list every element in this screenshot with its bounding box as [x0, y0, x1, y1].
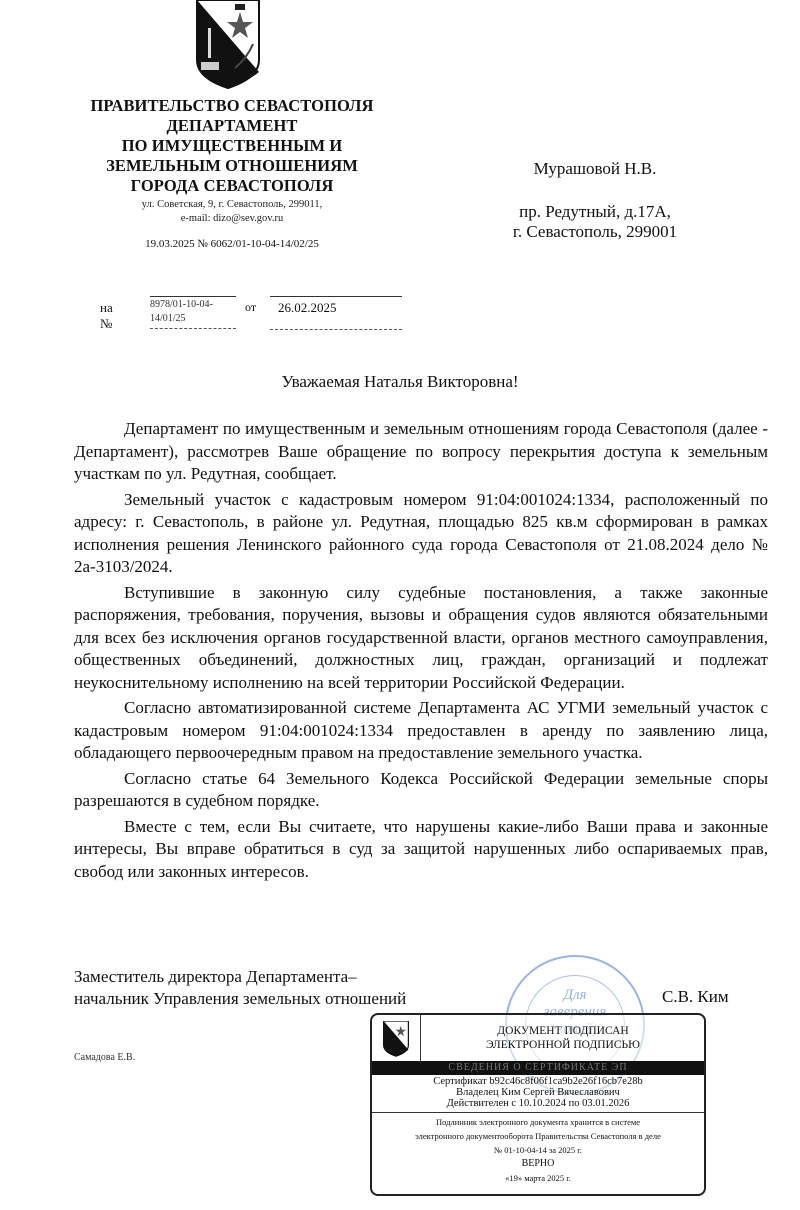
- org-title-line: ПО ИМУЩЕСТВЕННЫМ И: [62, 136, 402, 156]
- body-paragraph: Вступившие в законную силу судебные пост…: [74, 582, 768, 695]
- recipient-name: Мурашовой Н.В.: [490, 158, 700, 180]
- certificate-id: Сертификат b92c46c8f06f1ca9b2e26f16cb7e2…: [372, 1076, 704, 1087]
- org-address: ул. Советская, 9, г. Севастополь, 299011…: [62, 198, 402, 212]
- executor-name: Самадова Е.В.: [74, 1052, 135, 1063]
- org-title-line: ДЕПАРТАМЕНТ: [62, 116, 402, 136]
- body-paragraph: Согласно статье 64 Земельного Кодекса Ро…: [74, 768, 768, 813]
- certificate-owner: Владелец Ким Сергей Вячеславович: [372, 1087, 704, 1098]
- signatory-title-line2: начальник Управления земельных отношений: [74, 988, 406, 1010]
- esign-header: ДОКУМЕНТ ПОДПИСАН ЭЛЕКТРОННОЙ ПОДПИСЬЮ: [372, 1015, 704, 1061]
- coat-of-arms-icon: [382, 1021, 410, 1057]
- letter-body: Департамент по имущественным и земельным…: [74, 418, 768, 886]
- stamp-text-line: Для: [507, 987, 643, 1004]
- recipient-block: Мурашовой Н.В. пр. Редутный, д.17А, г. С…: [490, 158, 700, 242]
- recipient-address-line1: пр. Редутный, д.17А,: [490, 202, 700, 222]
- divider: [420, 1015, 421, 1061]
- esign-certificate-info: Сертификат b92c46c8f06f1ca9b2e26f16cb7e2…: [372, 1076, 704, 1109]
- certified-label: ВЕРНО: [372, 1157, 704, 1171]
- coat-of-arms-icon: [195, 0, 261, 90]
- body-paragraph: Вместе с тем, если Вы считаете, что нару…: [74, 816, 768, 884]
- esign-heading: ДОКУМЕНТ ПОДПИСАН ЭЛЕКТРОННОЙ ПОДПИСЬЮ: [422, 1024, 704, 1052]
- reference-date: 26.02.2025: [270, 296, 402, 330]
- salutation: Уважаемая Наталья Викторовна!: [0, 372, 800, 392]
- divider: [372, 1112, 704, 1113]
- body-paragraph: Земельный участок с кадастровым номером …: [74, 489, 768, 579]
- certified-date: «19» марта 2025 г.: [372, 1171, 704, 1185]
- esign-heading-line1: ДОКУМЕНТ ПОДПИСАН: [422, 1024, 704, 1038]
- org-title-line: ГОРОДА СЕВАСТОПОЛЯ: [62, 176, 402, 196]
- letterhead: ПРАВИТЕЛЬСТВО СЕВАСТОПОЛЯ ДЕПАРТАМЕНТ ПО…: [62, 96, 402, 251]
- body-paragraph: Согласно автоматизированной системе Депа…: [74, 697, 768, 765]
- org-email: e-mail: dizo@sev.gov.ru: [62, 212, 402, 226]
- reference-from-label: от: [245, 300, 256, 315]
- signatory-name: С.В. Ким: [662, 987, 729, 1007]
- reference-number: 8978/01-10-04-14/01/25: [150, 296, 236, 329]
- esign-heading-line2: ЭЛЕКТРОННОЙ ПОДПИСЬЮ: [422, 1038, 704, 1052]
- footer-line: электронного документооборота Правительс…: [372, 1129, 704, 1143]
- body-paragraph: Департамент по имущественным и земельным…: [74, 418, 768, 486]
- org-title-line: ПРАВИТЕЛЬСТВО СЕВАСТОПОЛЯ: [62, 96, 402, 116]
- certificate-validity: Действителен с 10.10.2024 по 03.01.2026: [372, 1098, 704, 1109]
- footer-line: № 01-10-04-14 за 2025 г.: [372, 1143, 704, 1157]
- electronic-signature-box: ДОКУМЕНТ ПОДПИСАН ЭЛЕКТРОННОЙ ПОДПИСЬЮ С…: [370, 1013, 706, 1196]
- recipient-address-line2: г. Севастополь, 299001: [490, 222, 700, 242]
- esign-certificate-bar: СВЕДЕНИЯ О СЕРТИФИКАТЕ ЭП: [372, 1061, 704, 1075]
- signatory-title: Заместитель директора Департамента– нача…: [74, 966, 406, 1010]
- outgoing-number: 19.03.2025 № 6062/01-10-04-14/02/25: [62, 237, 402, 251]
- org-title-line: ЗЕМЕЛЬНЫМ ОТНОШЕНИЯМ: [62, 156, 402, 176]
- signatory-title-line1: Заместитель директора Департамента–: [74, 966, 406, 988]
- reference-label: на №: [100, 300, 113, 332]
- esign-footer: Подлинник электронного документа хранитс…: [372, 1115, 704, 1185]
- footer-line: Подлинник электронного документа хранитс…: [372, 1115, 704, 1129]
